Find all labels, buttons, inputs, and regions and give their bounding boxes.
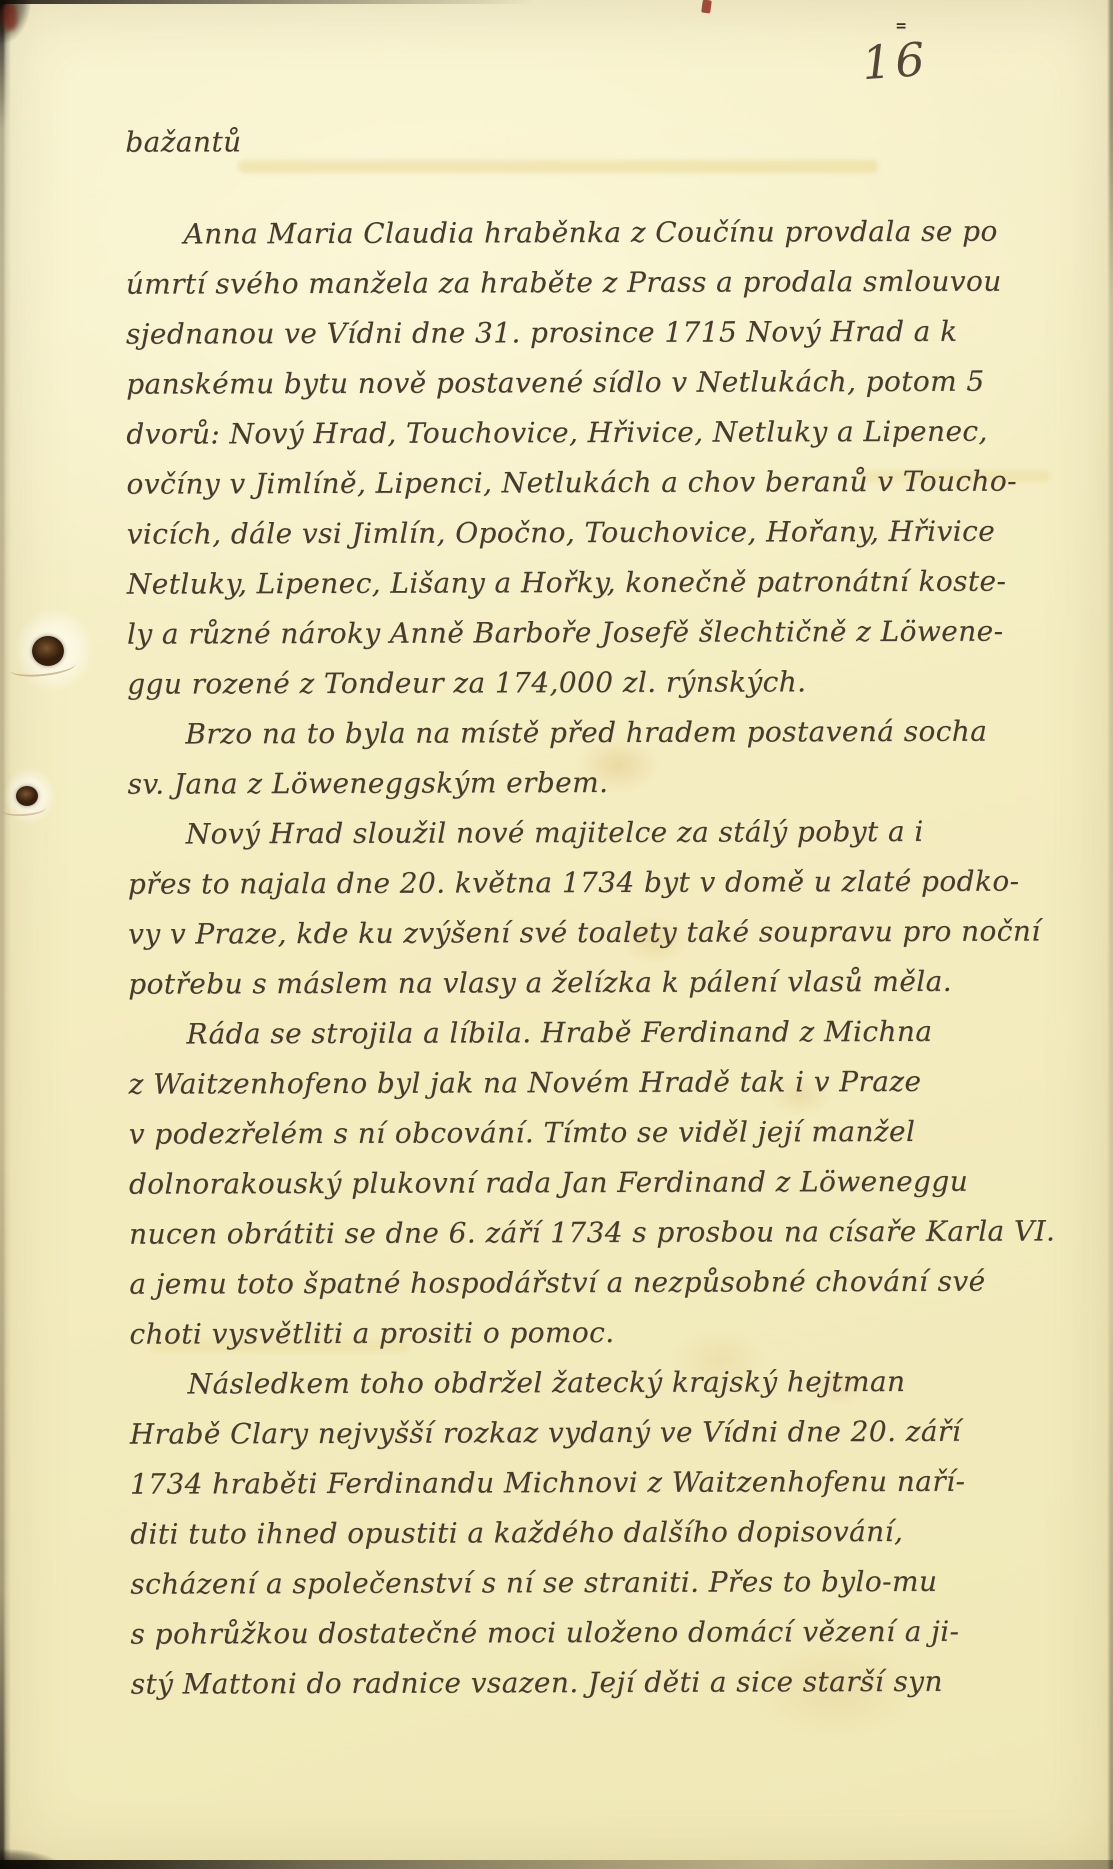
paragraph: Následkem toho obdržel žatecký krajský h… — [130, 1356, 1093, 1709]
manuscript-line: vicích, dále vsi Jimlín, Opočno, Touchov… — [127, 506, 1089, 559]
paragraph: Ráda se strojila a líbila. Hrabě Ferdina… — [128, 1006, 1091, 1359]
manuscript-line: ly a různé nároky Anně Barboře Josefě šl… — [127, 606, 1089, 659]
manuscript-line: Brzo na to byla na místě před hradem pos… — [127, 706, 1089, 759]
edge-equals-mark: = — [896, 19, 905, 34]
page-number: 16 — [860, 36, 930, 87]
scan-right-edge — [1107, 0, 1113, 1869]
manuscript-line: sv. Jana z Löweneggským erbem. — [127, 756, 1089, 809]
manuscript-text: bažantů Anna Maria Claudia hraběnka z Co… — [125, 114, 1093, 1709]
manuscript-line: vy v Praze, kde ku zvýšení své toalety t… — [128, 906, 1090, 959]
paragraphs-container: Anna Maria Claudia hraběnka z Coučínu pr… — [126, 206, 1093, 1709]
manuscript-line: dolnorakouský plukovní rada Jan Ferdinan… — [129, 1156, 1091, 1209]
manuscript-line: ovčíny v Jimlíně, Lipenci, Netlukách a c… — [126, 456, 1088, 509]
manuscript-line: s pohrůžkou dostatečné moci uloženo domá… — [130, 1606, 1092, 1659]
manuscript-line: choti vysvětliti a prositi o pomoc. — [129, 1306, 1091, 1359]
manuscript-line: Nový Hrad sloužil nové majitelce za stál… — [128, 806, 1090, 859]
hole-pit — [16, 786, 38, 806]
scan-top-edge — [0, 0, 534, 4]
manuscript-page: = 16 bažantů Anna Maria Claudia hraběnka… — [0, 0, 1113, 1869]
manuscript-line: diti tuto ihned opustiti a každého další… — [130, 1506, 1092, 1559]
manuscript-line: sjednanou ve Vídni dne 31. prosince 1715… — [126, 306, 1088, 359]
manuscript-line: a jemu toto špatné hospodářství a nezpůs… — [129, 1256, 1091, 1309]
manuscript-line: nucen obrátiti se dne 6. září 1734 s pro… — [129, 1206, 1091, 1259]
manuscript-line: Anna Maria Claudia hraběnka z Coučínu pr… — [126, 206, 1088, 259]
manuscript-line: z Waitzenhofeno byl jak na Novém Hradě t… — [129, 1056, 1091, 1109]
manuscript-line: úmrtí svého manžela za hraběte z Prass a… — [126, 256, 1088, 309]
manuscript-line: scházení a společenství s ní se straniti… — [130, 1556, 1092, 1609]
manuscript-line: panskému bytu nově postavené sídlo v Net… — [126, 356, 1088, 409]
paragraph: Brzo na to byla na místě před hradem pos… — [127, 706, 1089, 809]
binding-hole — [2, 762, 62, 832]
manuscript-line: v podezřelém s ní obcování. Tímto se vid… — [129, 1106, 1091, 1159]
opening-word: bažantů — [125, 114, 1087, 167]
manuscript-line: ggu rozené z Tondeur za 174,000 zl. rýns… — [127, 656, 1089, 709]
red-edge-mark — [2, 4, 17, 30]
scanned-manuscript: { "page": { "number": "16", "top_mark": … — [0, 0, 1113, 1869]
manuscript-line: Ráda se strojila a líbila. Hrabě Ferdina… — [128, 1006, 1090, 1059]
manuscript-line: Netluky, Lipenec, Lišany a Hořky, konečn… — [127, 556, 1089, 609]
paragraph: Anna Maria Claudia hraběnka z Coučínu pr… — [126, 206, 1090, 709]
manuscript-line: stý Mattoni do radnice vsazen. Její děti… — [131, 1656, 1093, 1709]
manuscript-line: Následkem toho obdržel žatecký krajský h… — [130, 1356, 1092, 1409]
scan-bottom-edge — [0, 1860, 1113, 1869]
paragraph: Nový Hrad sloužil nové majitelce za stál… — [128, 806, 1091, 1009]
binding-gutter-shadow — [0, 0, 11, 1869]
hole-pit — [32, 636, 64, 666]
manuscript-line: dvorů: Nový Hrad, Touchovice, Hřivice, N… — [126, 406, 1088, 459]
manuscript-line: Hrabě Clary nejvyšší rozkaz vydaný ve Ví… — [130, 1406, 1092, 1459]
manuscript-line: přes to najala dne 20. května 1734 byt v… — [128, 856, 1090, 909]
manuscript-line: potřebu s máslem na vlasy a želízka k pá… — [128, 956, 1090, 1009]
binding-hole — [8, 600, 98, 700]
manuscript-line: 1734 hraběti Ferdinandu Michnovi z Waitz… — [130, 1456, 1092, 1509]
red-edge-tick — [701, 0, 712, 14]
scan-corner-shadow — [0, 1843, 80, 1869]
